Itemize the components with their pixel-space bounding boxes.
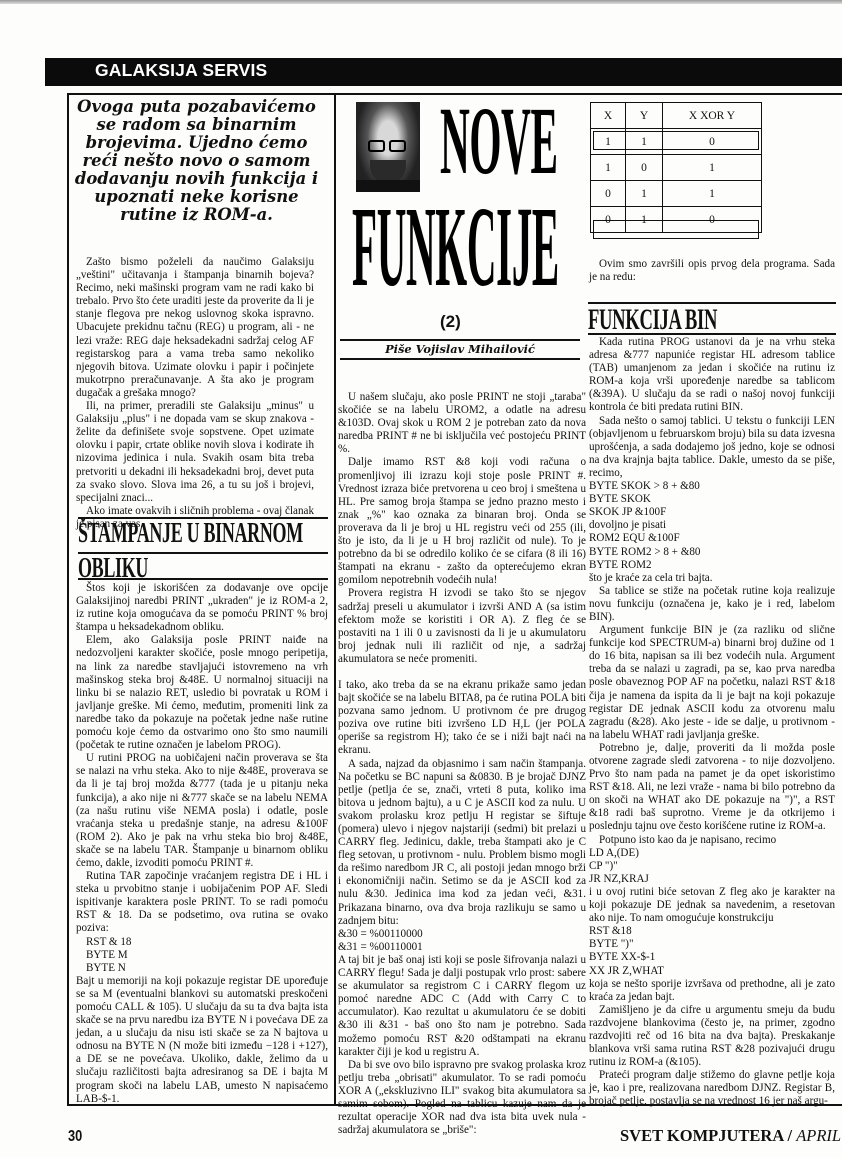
divider [78,578,328,580]
paragraph: Rutina TAR započinje vraćanjem registra … [76,870,328,935]
code-line: BYTE SKOK > 8 + &80 [589,480,835,493]
article-part-number: (2) [440,312,461,332]
code-line: BYTE M [76,949,328,962]
section-heading-bin-function: FUNKCIJA BIN [588,306,717,334]
code-line: BYTE ROM2 [589,559,835,572]
code-line: CP ")" [589,860,835,873]
divider [78,552,328,554]
article-title-line1: NOVE [440,93,558,189]
paragraph: Potrebno je, dalje, proveriti da li možd… [589,742,835,834]
paragraph: Ovim smo završili opis prvog dela progra… [589,258,835,284]
table-cell: 1 [626,181,663,207]
table-cell: 1 [591,155,626,181]
table-header: X [591,103,626,129]
paragraph: A sada, najzad da objasnimo i sam način … [338,758,586,928]
code-line: BYTE ")" [589,938,835,951]
paragraph: Potpuno isto kao da je napisano, recimo [589,834,835,847]
article-byline: Piše Vojislav Mihailović [340,342,580,356]
intro-text: Zašto bismo poželeli da naučimo Galaksij… [76,256,314,531]
table-cell: 1 [663,181,762,207]
text-line: dovoljno je pisati [589,519,835,532]
text-line: što je kraće za cela tri bajta. [589,572,835,585]
highlight-box-row1 [593,131,759,150]
paragraph: Zamišljeno je da cifre u argumentu smeju… [589,1004,835,1069]
highlight-box-row4 [593,220,759,239]
paragraph: koja se nešto sporije izvršava od pretho… [589,978,835,1004]
table-header: X XOR Y [663,103,762,129]
code-line: ROM2 EQU &100F [589,532,835,545]
code-line: JR NZ,KRAJ [589,873,835,886]
divider [340,339,580,341]
author-portrait-icon [356,102,420,192]
table-cell: 1 [663,155,762,181]
column-divider [334,93,336,1106]
table-cell: 0 [626,155,663,181]
page-number: 30 [68,1128,82,1146]
divider [588,333,836,335]
paragraph: Argument funkcije BIN je (za razliku od … [589,624,835,742]
paragraph: Dalje imamo RST &8 koji vodi računa o pr… [338,456,586,587]
table-row: 1 0 1 [591,155,762,181]
table-row: 0 1 1 [591,181,762,207]
magazine-footer: SVET KOMPJUTERA / APRIL '86. [620,1126,842,1146]
section-heading-binary-print: ŠTAMPANJE U BINARNOM OBLIKU [78,520,303,581]
code-line: XX JR Z,WHAT [589,965,835,978]
magazine-name: SVET KOMPJUTERA / [620,1126,796,1145]
code-line: &30 = %00110000 [338,928,586,941]
paragraph: i u ovoj rutini biće setovan Z fleg ako … [589,886,835,925]
article-title-line2: FUNKCIJE [352,190,559,304]
column3-intro: Ovim smo završili opis prvog dela progra… [589,258,835,284]
divider [340,358,580,360]
paragraph: Bajt u memoriji na koji pokazuje regista… [76,975,328,1106]
paragraph: U našem slučaju, ako posle PRINT ne stoj… [338,391,586,456]
table-header: Y [626,103,663,129]
section-banner-title: GALAKSIJA SERVIS [95,60,267,81]
heading-line: ŠTAMPANJE U BINARNOM [78,520,303,546]
section1-text: Štos koji je iskorišćen za dodavanje ove… [76,582,328,1106]
code-line: BYTE SKOK [589,493,835,506]
paragraph: Sa tablice se stiže na početak rutine ko… [589,585,835,624]
code-line: SKOK JP &100F [589,506,835,519]
paragraph: Sada nešto o samoj tablici. U tekstu o f… [589,415,835,480]
paragraph: Elem, ako Galaksija posle PRINT naiđe na… [76,634,328,752]
glasses-shape [368,140,408,152]
code-line: BYTE ROM2 > 8 + &80 [589,546,835,559]
paragraph: U rutini PROG na uobičajeni način prover… [76,752,328,870]
paragraph: Provera registra H izvodi se tako što se… [338,587,586,666]
paragraph: I tako, ako treba da se na ekranu prikaž… [338,679,586,758]
paragraph: Prateći program dalje stižemo do glavne … [589,1069,835,1108]
code-line: RST &18 [589,925,835,938]
code-line: BYTE XX-$-1 [589,951,835,964]
code-line: &31 = %00110001 [338,941,586,954]
code-line: RST & 18 [76,936,328,949]
xor-truth-table: X Y X XOR Y 1 1 0 1 0 1 0 1 1 0 1 0 [590,102,762,233]
issue-date: APRIL '86. [796,1126,842,1145]
paragraph: Zašto bismo poželeli da naučimo Galaksij… [76,256,314,400]
paragraph: Da bi sve ovo bilo ispravno pre svakog p… [338,1059,586,1138]
paragraph: Kada rutina PROG ustanovi da je na vrhu … [589,336,835,415]
column2-text: U našem slučaju, ako posle PRINT ne stoj… [338,391,586,1137]
code-line: BYTE N [76,962,328,975]
code-line: LD A,(DE) [589,847,835,860]
column3-text: Kada rutina PROG ustanovi da je na vrhu … [589,336,835,1109]
paragraph: Ili, na primer, preradili ste Galaksiju … [76,400,314,505]
paragraph: A taj bit je baš onaj isti koji se posle… [338,954,586,1059]
table-cell: 0 [591,181,626,207]
paragraph: Štos koji je iskorišćen za dodavanje ove… [76,582,328,634]
page-top-edge [0,0,842,4]
article-lead: Ovoga puta pozabavićemo se radom sa bina… [74,98,319,224]
table-header-row: X Y X XOR Y [591,103,762,129]
